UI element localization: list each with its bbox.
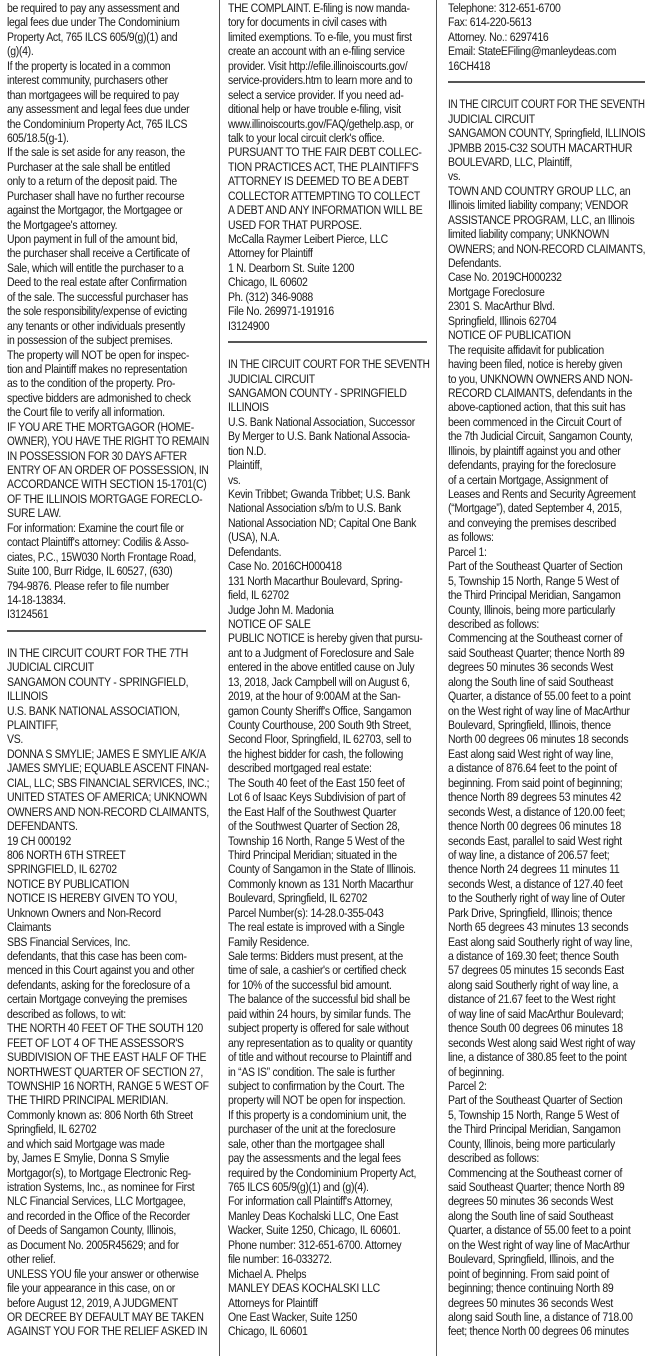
notice-text-line: Township 16 North, Range 5 West of the bbox=[228, 834, 433, 848]
legal-notice: be required to pay any assessment andleg… bbox=[7, 1, 212, 622]
notice-text-line: Park Drive, Springfield, Illinois; thenc… bbox=[448, 906, 648, 920]
notice-text-line: time of sale, a cashier's or certified c… bbox=[228, 963, 433, 977]
notice-text-line: degrees 50 minutes 36 seconds West bbox=[448, 1194, 648, 1208]
legal-notices-page: be required to pay any assessment andleg… bbox=[0, 0, 649, 1356]
notice-text-line: istration Systems, Inc., as nominee for … bbox=[7, 1180, 212, 1194]
notice-text-line: vs. bbox=[448, 169, 648, 183]
notice-text-line: and recorded in the Office of the Record… bbox=[7, 1209, 212, 1223]
legal-notice: IN THE CIRCUIT COURT FOR THE SEVENTHJUDI… bbox=[228, 357, 433, 1339]
notice-text-line: JUDICIAL CIRCUIT bbox=[7, 660, 212, 674]
notice-text-line: degrees 50 minutes 36 seconds West bbox=[448, 660, 648, 674]
notice-text-line: the Mortgagee's attorney. bbox=[7, 218, 212, 232]
notice-text-line: East along said West right of way line, bbox=[448, 747, 648, 761]
notice-text-line: Quarter, a distance of 55.00 feet to a p… bbox=[448, 1223, 648, 1237]
notice-text-line: of way line of said MacArthur Boulevard; bbox=[448, 1007, 648, 1021]
notice-text-line: SANGAMON COUNTY - SPRINGFIELD bbox=[228, 386, 433, 400]
notice-text-line: of the sale. The successful purchaser ha… bbox=[7, 290, 212, 304]
notice-text-line: Purchaser shall have no further recourse bbox=[7, 189, 212, 203]
notice-text-line: ant to a Judgment of Foreclosure and Sal… bbox=[228, 646, 433, 660]
notice-text-line: a distance of 169.30 feet; thence South bbox=[448, 949, 648, 963]
notice-text-line: JAMES SMYLIE; EQUABLE ASCENT FINAN- bbox=[7, 761, 212, 775]
notice-text-line: Second Floor, Springfield, IL 62703, sel… bbox=[228, 732, 433, 746]
notice-text-line: as follows: bbox=[448, 530, 648, 544]
notice-text-line: 765 ILCS 605/9(g)(1) and (g)(4). bbox=[228, 1180, 433, 1194]
notice-text-line: NOTICE OF PUBLICATION bbox=[448, 328, 648, 342]
notice-text-line: Boulevard, Springfield, Illinois, thence bbox=[448, 718, 648, 732]
notice-text-line: the highest bidder for cash, the followi… bbox=[228, 747, 433, 761]
notice-text-line: beginning; thence continuing North 89 bbox=[448, 1281, 648, 1295]
notice-text-line: Part of the Southeast Quarter of Section bbox=[448, 559, 648, 573]
notice-text-line: spective bidders are admonished to check bbox=[7, 391, 212, 405]
notice-text-line: The South 40 feet of the East 150 feet o… bbox=[228, 776, 433, 790]
notice-text-line: Wacker, Suite 1250, Chicago, IL 60601. bbox=[228, 1223, 433, 1237]
notice-text-line: Leases and Rents and Security Agreement bbox=[448, 487, 648, 501]
notice-text-line: purchaser of the unit at the foreclosure bbox=[228, 1122, 433, 1136]
notice-text-line: having been filed, notice is hereby give… bbox=[448, 357, 648, 371]
notice-text-line: The balance of the successful bid shall … bbox=[228, 992, 433, 1006]
notice-text-line: Parcel 1: bbox=[448, 545, 648, 559]
notice-text-line: Parcel 2: bbox=[448, 1079, 648, 1093]
legal-notice: Telephone: 312-651-6700Fax: 614-220-5613… bbox=[448, 1, 648, 73]
notice-text-line: Parcel Number(s): 14-28.0-355-043 bbox=[228, 906, 433, 920]
notice-text-line: along the South line of said Southeast bbox=[448, 675, 648, 689]
notice-text-line: said Southeast Quarter; thence North 89 bbox=[448, 1180, 648, 1194]
column-3: Telephone: 312-651-6700Fax: 614-220-5613… bbox=[448, 0, 648, 1356]
notice-text-line: the Third Principal Meridian, Sangamon bbox=[448, 588, 648, 602]
notice-text-line: pay the assessments and the legal fees bbox=[228, 1151, 433, 1165]
notice-text-line: For information call Plaintiff's Attorne… bbox=[228, 1194, 433, 1208]
notice-text-line: Kevin Tribbet; Gwanda Tribbet; U.S. Bank bbox=[228, 487, 433, 501]
notice-text-line: SPRINGFIELD, IL 62702 bbox=[7, 862, 212, 876]
notice-text-line: the Condominium Property Act, 765 ILCS bbox=[7, 117, 212, 131]
notice-text-line: thence North 89 degrees 53 minutes 42 bbox=[448, 790, 648, 804]
notice-text-line: DEFENDANTS. bbox=[7, 819, 212, 833]
legal-notice: IN THE CIRCUIT COURT FOR THE SEVENTHJUDI… bbox=[448, 97, 648, 1339]
notice-text-line: 1 N. Dearborn St. Suite 1200 bbox=[228, 261, 433, 275]
notice-text-line: of way line, a distance of 206.57 feet; bbox=[448, 848, 648, 862]
notice-text-line: field, IL 62702 bbox=[228, 588, 433, 602]
notice-text-line: Quarter, a distance of 55.00 feet to a p… bbox=[448, 689, 648, 703]
notice-text-line: If the property is located in a common bbox=[7, 59, 212, 73]
notice-text-line: IN THE CIRCUIT COURT FOR THE SEVENTH bbox=[448, 97, 648, 111]
notice-text-line: ILLINOIS bbox=[7, 689, 212, 703]
notice-text-line: only to a return of the deposit paid. Th… bbox=[7, 174, 212, 188]
notice-text-line: of a certain Mortgage, Assignment of bbox=[448, 473, 648, 487]
notice-text-line: U.S. BANK NATIONAL ASSOCIATION, bbox=[7, 704, 212, 718]
notice-text-line: 16CH418 bbox=[448, 59, 648, 73]
notice-text-line: One East Wacker, Suite 1250 bbox=[228, 1310, 433, 1324]
notice-text-line: 5, Township 15 North, Range 5 West of bbox=[448, 574, 648, 588]
column-1: be required to pay any assessment andleg… bbox=[7, 0, 212, 1356]
notice-text-line: Purchaser at the sale shall be entitled bbox=[7, 160, 212, 174]
column-divider bbox=[219, 0, 220, 1356]
notice-text-line: TOWN AND COUNTRY GROUP LLC, an bbox=[448, 184, 648, 198]
notice-text-line: the purchaser shall receive a Certificat… bbox=[7, 246, 212, 260]
notice-text-line: by, James E Smylie, Donna S Smylie bbox=[7, 1151, 212, 1165]
column-divider bbox=[436, 0, 437, 1356]
notice-text-line: (g)(4). bbox=[7, 44, 212, 58]
notice-text-line: NLC Financial Services, LLC Mortgagee, bbox=[7, 1194, 212, 1208]
notice-text-line: County, Illinois, being more particularl… bbox=[448, 603, 648, 617]
notice-text-line: DONNA S SMYLIE; JAMES E SMYLIE A/K/A bbox=[7, 747, 212, 761]
notice-text-line: 13, 2018, Jack Campbell will on August 6… bbox=[228, 675, 433, 689]
notice-text-line: ASSISTANCE PROGRAM, LLC, an Illinois bbox=[448, 213, 648, 227]
notice-text-line: gamon County Sheriff's Office, Sangamon bbox=[228, 704, 433, 718]
notice-text-line: Upon payment in full of the amount bid, bbox=[7, 232, 212, 246]
notice-text-line: defendants, that this case has been com- bbox=[7, 949, 212, 963]
notice-text-line: Deed to the real estate after Confirmati… bbox=[7, 275, 212, 289]
notice-text-line: Plaintiff, bbox=[228, 458, 433, 472]
notice-text-line: The real estate is improved with a Singl… bbox=[228, 920, 433, 934]
notice-text-line: provider. Visit http://efile.illinoiscou… bbox=[228, 59, 433, 73]
notice-text-line: UNLESS YOU file your answer or otherwise bbox=[7, 1267, 212, 1281]
notice-text-line: Chicago, IL 60601 bbox=[228, 1324, 433, 1338]
notice-text-line: defendants, asking for the foreclosure o… bbox=[7, 978, 212, 992]
notice-text-line: other relief. bbox=[7, 1252, 212, 1266]
notice-text-line: Attorneys for Plaintiff bbox=[228, 1296, 433, 1310]
notice-text-line: Commonly known as: 806 North 6th Street bbox=[7, 1108, 212, 1122]
notice-text-line: for 10% of the successful bid amount. bbox=[228, 978, 433, 992]
notice-text-line: CIAL, LLC; SBS FINANCIAL SERVICES, INC.; bbox=[7, 776, 212, 790]
notice-text-line: IF YOU ARE THE MORTGAGOR (HOME- bbox=[7, 420, 212, 434]
notice-text-line: select a service provider. If you need a… bbox=[228, 88, 433, 102]
notice-text-line: IN POSSESSION FOR 30 DAYS AFTER bbox=[7, 449, 212, 463]
notice-text-line: Telephone: 312-651-6700 bbox=[448, 1, 648, 15]
notice-text-line: IN THE CIRCUIT COURT FOR THE 7TH bbox=[7, 646, 212, 660]
notice-text-line: www.illinoiscourts.gov/FAQ/gethelp.asp, … bbox=[228, 117, 433, 131]
legal-notice: IN THE CIRCUIT COURT FOR THE 7THJUDICIAL… bbox=[7, 646, 212, 1339]
notice-separator bbox=[448, 81, 645, 83]
notice-text-line: talk to your local circuit clerk's offic… bbox=[228, 131, 433, 145]
notice-text-line: on the West right of way line of MacArth… bbox=[448, 1238, 648, 1252]
notice-text-line: Phone number: 312-651-6700. Attorney bbox=[228, 1238, 433, 1252]
notice-text-line: degrees 50 minutes 36 seconds West bbox=[448, 1296, 648, 1310]
notice-text-line: THE COMPLAINT. E-filing is now manda- bbox=[228, 1, 433, 15]
notice-text-line: the sole responsibility/expense of evict… bbox=[7, 304, 212, 318]
notice-text-line: as to the condition of the property. Pro… bbox=[7, 376, 212, 390]
notice-text-line: beginning. From said point of beginning; bbox=[448, 776, 648, 790]
notice-text-line: (USA), N.A. bbox=[228, 530, 433, 544]
notice-text-line: along said South line, a distance of 718… bbox=[448, 1310, 648, 1324]
notice-text-line: 794-9876. Please refer to file number bbox=[7, 579, 212, 593]
notice-text-line: Claimants bbox=[7, 920, 212, 934]
notice-text-line: PLAINTIFF, bbox=[7, 718, 212, 732]
notice-text-line: Mortgage Foreclosure bbox=[448, 285, 648, 299]
notice-text-line: Ph. (312) 346-9088 bbox=[228, 290, 433, 304]
notice-text-line: ditional help or have trouble e-filing, … bbox=[228, 102, 433, 116]
notice-text-line: NOTICE BY PUBLICATION bbox=[7, 877, 212, 891]
notice-text-line: described as follows: bbox=[448, 617, 648, 631]
notice-text-line: North 00 degrees 06 minutes 18 seconds bbox=[448, 732, 648, 746]
notice-text-line: AGAINST YOU FOR THE RELIEF ASKED IN bbox=[7, 1324, 212, 1338]
notice-text-line: feet; thence North 00 degrees 06 minutes bbox=[448, 1324, 648, 1338]
notice-text-line: SANGAMON COUNTY - SPRINGFIELD, bbox=[7, 675, 212, 689]
notice-text-line: Case No. 2019CH000232 bbox=[448, 270, 648, 284]
notice-text-line: JUDICIAL CIRCUIT bbox=[448, 112, 648, 126]
notice-text-line: IN THE CIRCUIT COURT FOR THE SEVENTH bbox=[228, 357, 433, 371]
notice-text-line: ILLINOIS bbox=[228, 400, 433, 414]
notice-text-line: THE NORTH 40 FEET OF THE SOUTH 120 bbox=[7, 1021, 212, 1035]
notice-text-line: (“Mortgage”), dated September 4, 2015, bbox=[448, 501, 648, 515]
notice-text-line: file number: 16-033272. bbox=[228, 1252, 433, 1266]
notice-text-line: subject property is offered for sale wit… bbox=[228, 1021, 433, 1035]
notice-text-line: I3124900 bbox=[228, 319, 433, 333]
notice-text-line: subject to confirmation by the Court. Th… bbox=[228, 1079, 433, 1093]
legal-notice: THE COMPLAINT. E-filing is now manda-tor… bbox=[228, 1, 433, 333]
notice-text-line: property will NOT be open for inspection… bbox=[228, 1093, 433, 1107]
notice-text-line: North 65 degrees 43 minutes 13 seconds bbox=[448, 920, 648, 934]
notice-text-line: of Deeds of Sangamon County, Illinois, bbox=[7, 1223, 212, 1237]
notice-text-line: thence South 00 degrees 06 minutes 18 bbox=[448, 1021, 648, 1035]
notice-text-line: JPMBB 2015-C32 SOUTH MACARTHUR bbox=[448, 141, 648, 155]
notice-text-line: of beginning. bbox=[448, 1065, 648, 1079]
notice-separator bbox=[7, 630, 206, 632]
notice-text-line: above-captioned action, that this suit h… bbox=[448, 400, 648, 414]
notice-text-line: line, a distance of 380.85 feet to the p… bbox=[448, 1050, 648, 1064]
notice-text-line: Case No. 2016CH000418 bbox=[228, 559, 433, 573]
notice-text-line: Chicago, IL 60602 bbox=[228, 275, 433, 289]
notice-text-line: 14-18-13834. bbox=[7, 593, 212, 607]
notice-text-line: VS. bbox=[7, 732, 212, 746]
notice-text-line: paid within 24 hours, by similar funds. … bbox=[228, 1007, 433, 1021]
notice-text-line: the Third Principal Meridian, Sangamon bbox=[448, 1122, 648, 1136]
notice-text-line: tion and Plaintiff makes no representati… bbox=[7, 362, 212, 376]
notice-text-line: tory for documents in civil cases with bbox=[228, 15, 433, 29]
notice-text-line: entered in the above entitled cause on J… bbox=[228, 660, 433, 674]
notice-text-line: By Merger to U.S. Bank National Associa- bbox=[228, 429, 433, 443]
notice-text-line: RECORD CLAIMANTS, defendants in the bbox=[448, 386, 648, 400]
notice-text-line: than mortgagees will be required to pay bbox=[7, 88, 212, 102]
notice-text-line: said Southeast Quarter; thence North 89 bbox=[448, 646, 648, 660]
notice-text-line: Commonly known as 131 North Macarthur bbox=[228, 877, 433, 891]
column-2: THE COMPLAINT. E-filing is now manda-tor… bbox=[228, 0, 433, 1356]
notice-text-line: MANLEY DEAS KOCHALSKI LLC bbox=[228, 1281, 433, 1295]
notice-text-line: Springfield, IL 62702 bbox=[7, 1122, 212, 1136]
notice-text-line: SURE LAW. bbox=[7, 506, 212, 520]
notice-text-line: File No. 269971-191916 bbox=[228, 304, 433, 318]
notice-text-line: thence North 24 degrees 11 minutes 11 bbox=[448, 862, 648, 876]
notice-text-line: Manley Deas Kochalski LLC, One East bbox=[228, 1209, 433, 1223]
notice-text-line: seconds West, a distance of 120.00 feet; bbox=[448, 805, 648, 819]
notice-text-line: Property Act, 765 ILCS 605/9(g)(1) and bbox=[7, 30, 212, 44]
notice-text-line: seconds East, parallel to said West righ… bbox=[448, 834, 648, 848]
notice-text-line: limited liability company; UNKNOWN bbox=[448, 227, 648, 241]
notice-text-line: defendants, praying for the foreclosure bbox=[448, 458, 648, 472]
notice-text-line: of title and without recourse to Plainti… bbox=[228, 1050, 433, 1064]
notice-text-line: FEET OF LOT 4 OF THE ASSESSOR'S bbox=[7, 1036, 212, 1050]
notice-text-line: any tenants or other individuals present… bbox=[7, 319, 212, 333]
notice-text-line: before August 12, 2019, A JUDGMENT bbox=[7, 1296, 212, 1310]
notice-text-line: limited exemptions. To e-file, you must … bbox=[228, 30, 433, 44]
notice-text-line: Defendants. bbox=[228, 545, 433, 559]
notice-text-line: The property will NOT be open for inspec… bbox=[7, 348, 212, 362]
notice-text-line: THE THIRD PRINCIPAL MERIDIAN. bbox=[7, 1093, 212, 1107]
notice-text-line: ACCORDANCE WITH SECTION 15-1701(C) bbox=[7, 477, 212, 491]
notice-text-line: Sale terms: Bidders must present, at the bbox=[228, 949, 433, 963]
notice-text-line: Family Residence. bbox=[228, 935, 433, 949]
notice-text-line: distance of 21.67 feet to the West right bbox=[448, 992, 648, 1006]
notice-text-line: 806 NORTH 6TH STREET bbox=[7, 848, 212, 862]
notice-text-line: on the West right of way line of MacArth… bbox=[448, 704, 648, 718]
notice-text-line: in “AS IS” condition. The sale is furthe… bbox=[228, 1065, 433, 1079]
notice-text-line: 57 degrees 05 minutes 15 seconds East bbox=[448, 963, 648, 977]
notice-text-line: tion N.D. bbox=[228, 444, 433, 458]
notice-text-line: the East Half of the Southwest Quarter bbox=[228, 805, 433, 819]
notice-text-line: along the South line of said Southeast bbox=[448, 1209, 648, 1223]
notice-text-line: been commenced in the Circuit Court of bbox=[448, 415, 648, 429]
notice-text-line: Judge John M. Madonia bbox=[228, 603, 433, 617]
notice-text-line: I3124561 bbox=[7, 607, 212, 621]
notice-text-line: SUBDIVISION OF THE EAST HALF OF THE bbox=[7, 1050, 212, 1064]
notice-text-line: PUBLIC NOTICE is hereby given that pursu… bbox=[228, 631, 433, 645]
notice-text-line: described as follows, to wit: bbox=[7, 1007, 212, 1021]
notice-text-line: described as follows: bbox=[448, 1151, 648, 1165]
notice-text-line: A DEBT AND ANY INFORMATION WILL BE bbox=[228, 203, 433, 217]
notice-text-line: Attorney. No.: 6297416 bbox=[448, 30, 648, 44]
notice-text-line: Boulevard, Springfield, Illinois, and th… bbox=[448, 1252, 648, 1266]
notice-text-line: legal fees due under The Condominium bbox=[7, 15, 212, 29]
notice-text-line: as Document No. 2005R45629; and for bbox=[7, 1238, 212, 1252]
notice-text-line: Lot 6 of Isaac Keys Subdivision of part … bbox=[228, 790, 433, 804]
notice-text-line: NOTICE IS HEREBY GIVEN TO YOU, bbox=[7, 891, 212, 905]
notice-text-line: OWNERS AND NON-RECORD CLAIMANTS, bbox=[7, 805, 212, 819]
notice-text-line: National Association s/b/m to U.S. Bank bbox=[228, 501, 433, 515]
notice-text-line: Email: StateEFiling@manleydeas.com bbox=[448, 44, 648, 58]
notice-text-line: of the Southwest Quarter of Section 28, bbox=[228, 819, 433, 833]
notice-text-line: 2019, at the hour of 9:00AM at the San- bbox=[228, 689, 433, 703]
notice-text-line: U.S. Bank National Association, Successo… bbox=[228, 415, 433, 429]
notice-text-line: OF THE ILLINOIS MORTGAGE FORECLO- bbox=[7, 492, 212, 506]
notice-text-line: If the sale is set aside for any reason,… bbox=[7, 145, 212, 159]
notice-text-line: menced in this Court against you and oth… bbox=[7, 963, 212, 977]
notice-text-line: For information: Examine the court file … bbox=[7, 521, 212, 535]
notice-text-line: a distance of 876.64 feet to the point o… bbox=[448, 761, 648, 775]
notice-text-line: Commencing at the Southeast corner of bbox=[448, 631, 648, 645]
notice-text-line: Defendants. bbox=[448, 256, 648, 270]
notice-text-line: certain Mortgage conveying the premises bbox=[7, 992, 212, 1006]
notice-text-line: Mortgagor(s), to Mortgage Electronic Reg… bbox=[7, 1166, 212, 1180]
notice-text-line: PURSUANT TO THE FAIR DEBT COLLEC- bbox=[228, 145, 433, 159]
notice-text-line: required by the Condominium Property Act… bbox=[228, 1166, 433, 1180]
notice-text-line: be required to pay any assessment and bbox=[7, 1, 212, 15]
notice-text-line: to you, UNKNOWN OWNERS AND NON- bbox=[448, 372, 648, 386]
notice-text-line: TOWNSHIP 16 NORTH, RANGE 5 WEST OF bbox=[7, 1079, 212, 1093]
notice-text-line: OWNERS; and NON-RECORD CLAIMANTS, bbox=[448, 242, 648, 256]
notice-text-line: create an account with an e-filing servi… bbox=[228, 44, 433, 58]
notice-text-line: USED FOR THAT PURPOSE. bbox=[228, 218, 433, 232]
notice-text-line: BOULEVARD, LLC, Plaintiff, bbox=[448, 155, 648, 169]
notice-text-line: Fax: 614-220-5613 bbox=[448, 15, 648, 29]
notice-text-line: ciates, P.C., 15W030 North Frontage Road… bbox=[7, 550, 212, 564]
notice-text-line: interest community, purchasers other bbox=[7, 73, 212, 87]
notice-text-line: UNITED STATES OF AMERICA; UNKNOWN bbox=[7, 790, 212, 804]
notice-text-line: County, Illinois, being more particularl… bbox=[448, 1137, 648, 1151]
notice-text-line: SBS Financial Services, Inc. bbox=[7, 935, 212, 949]
notice-text-line: NOTICE OF SALE bbox=[228, 617, 433, 631]
notice-text-line: The requisite affidavit for publication bbox=[448, 343, 648, 357]
notice-text-line: Commencing at the Southeast corner of bbox=[448, 1166, 648, 1180]
notice-text-line: NORTHWEST QUARTER OF SECTION 27, bbox=[7, 1065, 212, 1079]
notice-text-line: along said Southerly right of way line, … bbox=[448, 978, 648, 992]
notice-text-line: contact Plaintiff's attorney: Codilis & … bbox=[7, 535, 212, 549]
notice-text-line: 2301 S. MacArthur Blvd. bbox=[448, 299, 648, 313]
notice-text-line: Illinois, by plaintiff against you and o… bbox=[448, 444, 648, 458]
notice-text-line: any representation as to quality or quan… bbox=[228, 1036, 433, 1050]
notice-text-line: Springfield, Illinois 62704 bbox=[448, 314, 648, 328]
notice-text-line: Unknown Owners and Non-Record bbox=[7, 906, 212, 920]
notice-text-line: and which said Mortgage was made bbox=[7, 1137, 212, 1151]
notice-text-line: ENTRY OF AN ORDER OF POSSESSION, IN bbox=[7, 463, 212, 477]
notice-text-line: JUDICIAL CIRCUIT bbox=[228, 372, 433, 386]
notice-text-line: the 7th Judicial Circuit, Sangamon Count… bbox=[448, 429, 648, 443]
notice-text-line: Suite 100, Burr Ridge, IL 60527, (630) bbox=[7, 564, 212, 578]
notice-text-line: If this property is a condominium unit, … bbox=[228, 1108, 433, 1122]
notice-text-line: ATTORNEY IS DEEMED TO BE A DEBT bbox=[228, 174, 433, 188]
notice-text-line: seconds West along said West right of wa… bbox=[448, 1036, 648, 1050]
notice-text-line: thence North 00 degrees 06 minutes 18 bbox=[448, 819, 648, 833]
notice-text-line: against the Mortgagor, the Mortgagee or bbox=[7, 203, 212, 217]
notice-text-line: the Court file to verify all information… bbox=[7, 405, 212, 419]
notice-text-line: OWNER), YOU HAVE THE RIGHT TO REMAIN bbox=[7, 434, 212, 448]
notice-separator bbox=[228, 341, 427, 343]
notice-text-line: OR DECREE BY DEFAULT MAY BE TAKEN bbox=[7, 1310, 212, 1324]
notice-text-line: to the Southerly right of way line of Ou… bbox=[448, 891, 648, 905]
notice-text-line: 19 CH 000192 bbox=[7, 834, 212, 848]
notice-text-line: any assessment and legal fees due under bbox=[7, 102, 212, 116]
notice-text-line: Third Principal Meridian; situated in th… bbox=[228, 848, 433, 862]
notice-text-line: 131 North Macarthur Boulevard, Spring- bbox=[228, 574, 433, 588]
notice-text-line: point of beginning. From said point of bbox=[448, 1267, 648, 1281]
notice-text-line: 5, Township 15 North, Range 5 West of bbox=[448, 1108, 648, 1122]
notice-text-line: SANGAMON COUNTY, Springfield, ILLINOIS bbox=[448, 126, 648, 140]
notice-text-line: and conveying the premises described bbox=[448, 516, 648, 530]
notice-text-line: County Courthouse, 200 South 9th Street, bbox=[228, 718, 433, 732]
notice-text-line: vs. bbox=[228, 473, 433, 487]
notice-text-line: McCalla Raymer Leibert Pierce, LLC bbox=[228, 232, 433, 246]
notice-text-line: service-providers.htm to learn more and … bbox=[228, 73, 433, 87]
notice-text-line: Illinois limited liability company; VEND… bbox=[448, 198, 648, 212]
notice-text-line: seconds West, a distance of 127.40 feet bbox=[448, 877, 648, 891]
notice-text-line: Attorney for Plaintiff bbox=[228, 246, 433, 260]
notice-text-line: Sale, which will entitle the purchaser t… bbox=[7, 261, 212, 275]
notice-text-line: Boulevard, Springfield, IL 62702 bbox=[228, 891, 433, 905]
notice-text-line: Michael A. Phelps bbox=[228, 1267, 433, 1281]
notice-text-line: National Association ND; Capital One Ban… bbox=[228, 516, 433, 530]
notice-text-line: described mortgaged real estate: bbox=[228, 761, 433, 775]
notice-text-line: Part of the Southeast Quarter of Section bbox=[448, 1093, 648, 1107]
notice-text-line: file your appearance in this case, on or bbox=[7, 1281, 212, 1295]
notice-text-line: East along said Southerly right of way l… bbox=[448, 935, 648, 949]
notice-text-line: sale, other than the mortgagee shall bbox=[228, 1137, 433, 1151]
notice-text-line: 605/18.5(g-1). bbox=[7, 131, 212, 145]
notice-text-line: COLLECTOR ATTEMPTING TO COLLECT bbox=[228, 189, 433, 203]
notice-text-line: County of Sangamon in the State of Illin… bbox=[228, 862, 433, 876]
notice-text-line: TION PRACTICES ACT, THE PLAINTIFF'S bbox=[228, 160, 433, 174]
notice-text-line: in possession of the subject premises. bbox=[7, 333, 212, 347]
